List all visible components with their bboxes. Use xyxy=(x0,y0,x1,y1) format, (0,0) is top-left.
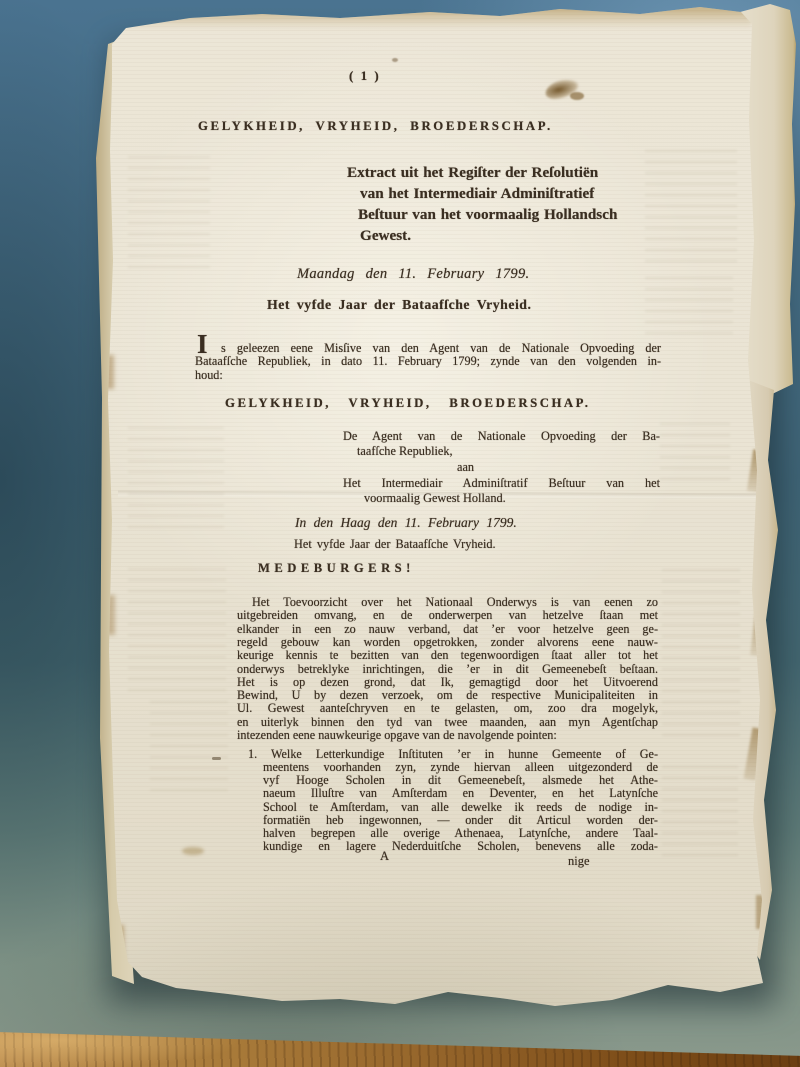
list-item-line: kundige en lagere Nederduitſche Scholen,… xyxy=(263,840,658,853)
verso-show-through xyxy=(645,150,737,262)
photo-of-historical-document: ( 1 ) GELYKHEID, VRYHEID, BROEDERSCHAP. … xyxy=(0,0,800,1067)
catchword: nige xyxy=(568,854,590,869)
list-item-text: Welke Letterkundige Inſtituten ’er in hu… xyxy=(271,747,658,761)
verso-show-through xyxy=(128,565,226,691)
body-line: intezenden eene nauwkeurige opgave van d… xyxy=(237,729,557,742)
list-item-number: 1. xyxy=(248,747,257,761)
margin-dash-mark xyxy=(212,757,221,760)
letter-to-line: voormaalig Gewest Holland. xyxy=(364,491,506,506)
extract-heading-line: Extract uit het Regiſter der Reſolutiën xyxy=(347,164,598,182)
verso-show-through xyxy=(660,420,730,480)
body-line: uitgebreiden omvang, en de onderwerpen v… xyxy=(237,609,658,622)
letter-motto-heading: GELYKHEID, VRYHEID, BROEDERSCHAP. xyxy=(225,396,591,411)
letter-from-line: taafſche Republiek, xyxy=(357,444,453,459)
verso-show-through xyxy=(150,695,228,791)
page-number: ( 1 ) xyxy=(349,68,381,84)
list-item-line: naeum Illuſtre van Amſterdam en Deventer… xyxy=(263,787,658,800)
dateline: Maandag den 11. February 1799. xyxy=(297,266,529,283)
motto-heading: GELYKHEID, VRYHEID, BROEDERSCHAP. xyxy=(198,119,553,134)
extract-heading-line: Beſtuur van het voormaalig Hollandsch xyxy=(358,206,617,224)
extract-heading-line: van het Intermediair Adminiſtratief xyxy=(360,185,594,203)
letter-dateline: In den Haag den 11. February 1799. xyxy=(295,515,517,531)
document-page: ( 1 ) GELYKHEID, VRYHEID, BROEDERSCHAP. … xyxy=(0,0,800,1067)
salutation: MEDEBURGERS! xyxy=(258,561,415,576)
intro-line: Bataafſche Republiek, in dato 11. Februa… xyxy=(195,355,661,368)
verso-show-through xyxy=(128,150,210,268)
ink-blot-top-right xyxy=(543,76,580,102)
paper-speck xyxy=(182,847,204,855)
letter-to-line: Het Intermediair Adminiſtratif Beſtuur v… xyxy=(343,476,660,491)
body-line: Ul. Gewest aanteſchryven en te gelasten,… xyxy=(237,702,658,715)
body-line: keurige kennis te bezitten van den tegen… xyxy=(237,649,658,662)
extract-heading-line: Gewest. xyxy=(360,227,411,245)
ink-blot-top-right-small xyxy=(570,92,584,100)
intro-line: houd: xyxy=(195,369,223,382)
verso-show-through xyxy=(128,420,224,528)
verso-show-through xyxy=(662,560,740,736)
paper-speck xyxy=(392,58,398,62)
letter-year-line: Het vyfde Jaar der Bataafſche Vryheid. xyxy=(294,537,496,552)
verso-show-through xyxy=(662,760,738,856)
year-line: Het vyfde Jaar der Bataafſche Vryheid. xyxy=(267,297,531,313)
verso-show-through xyxy=(645,268,733,334)
letter-from-line: De Agent van de Nationale Opvoeding der … xyxy=(343,429,660,444)
signature-mark: A xyxy=(380,849,389,864)
letter-aan: aan xyxy=(457,460,474,475)
